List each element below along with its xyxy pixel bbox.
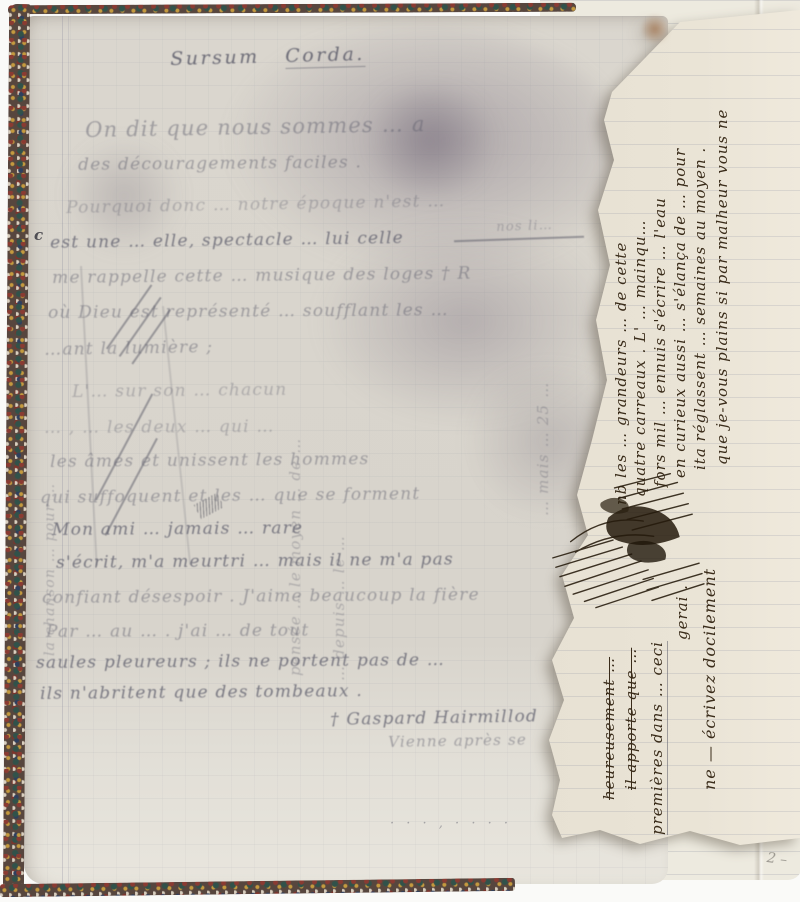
- signature-postscript: Vienne après se: [388, 731, 527, 751]
- manuscript-line: saules pleureurs ; ils ne portent pas de…: [36, 650, 445, 673]
- manuscript-line: L'… sur son … chacun: [72, 380, 288, 402]
- ink-blot-scribble: [544, 440, 721, 624]
- torn-paper-fragment: que je-vous plains si par malheur vous n…: [546, 6, 800, 851]
- ink-line-vertical-crossed: il apporte que …: [622, 648, 640, 790]
- manuscript-line: … , … les deux … qui …: [44, 417, 275, 438]
- manuscript-line: des découragements faciles .: [78, 153, 362, 175]
- rust-stain: [642, 12, 668, 46]
- ink-line-vertical: que je-vous plains si par malheur vous n…: [713, 109, 731, 465]
- manuscript-line: s'écrit, m'a meurtri … mais il ne m'a pa…: [56, 550, 454, 573]
- ink-line-vertical-crossed: heureusement …: [600, 657, 618, 800]
- margin-rule-line: [62, 16, 69, 884]
- signature: † Gaspard Hairmillod: [330, 706, 538, 730]
- margin-vertical-writing: la chanson … pour …: [42, 483, 58, 656]
- margin-letter: c: [34, 226, 43, 244]
- manuscript-line: ils n'abritent que des tombeaux .: [40, 681, 363, 704]
- title-word-2: Corda.: [285, 43, 365, 69]
- ink-line-vertical: premières dans … ceci: [648, 641, 668, 835]
- manuscript-line: confiant désespoir . J'aime beaucoup la …: [42, 585, 480, 608]
- page-number: 2 –: [766, 850, 788, 869]
- page-title: Sursum Corda.: [170, 43, 365, 70]
- inserted-words: nos li…: [496, 218, 553, 235]
- ink-blot-svg: [544, 440, 721, 624]
- ink-line-vertical: ita réglassent … semaines au moyen .: [691, 147, 709, 470]
- manuscript-line: Mon ami … jamais … rare: [52, 518, 303, 540]
- manuscript-line: les âmes et unissent les hommes: [50, 449, 370, 472]
- title-word-1: Sursum: [170, 46, 260, 70]
- marbled-edge-top: [8, 3, 576, 14]
- manuscript-line: où Dieu est représenté … soufflant les …: [48, 300, 449, 323]
- cross-writing-column: pensée … le moyen … de …: [286, 438, 304, 676]
- ink-line-vertical: fors mil … ennuis s'écrire … l'eau: [651, 197, 669, 487]
- manuscript-line: Par … au … . j'ai … de tout: [46, 621, 309, 642]
- cross-writing-column: … depuis … le …: [330, 535, 348, 681]
- manuscript-scan: 2 – Sursum Corda. On dit que nous sommes…: [0, 0, 800, 902]
- faint-dot-marks: · · · , · · · ·: [390, 816, 512, 831]
- ink-line-vertical: en curieux aussi … s'élança de … pour: [671, 148, 689, 478]
